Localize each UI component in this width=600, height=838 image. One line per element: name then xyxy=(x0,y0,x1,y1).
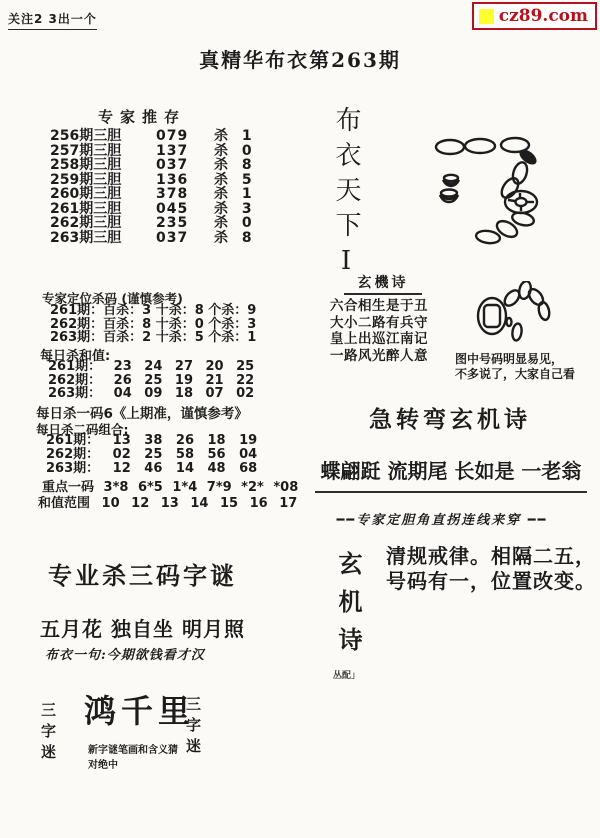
poem-line: 号码有一，位置改变。 xyxy=(386,569,596,594)
three-char-label-right: 三字迷 xyxy=(183,696,204,759)
watermark-text: cz89.com xyxy=(499,6,588,26)
page-title: 真精华布衣第263期 xyxy=(0,44,600,73)
list-item: 263期： 12 46 14 48 68 xyxy=(46,462,257,476)
signature-mark: 丛配」 xyxy=(333,668,360,681)
three-char-note-1: 新字谜笔画和含义猜 xyxy=(88,741,178,756)
kill-cell: 杀 1 xyxy=(214,187,252,202)
watermark-link[interactable]: cz89.com xyxy=(472,2,597,30)
code-cell: 037 xyxy=(156,231,214,246)
poem-line: 大小二路有兵守 xyxy=(330,315,436,332)
riddle-title: 专业杀三码字谜 xyxy=(0,556,285,591)
table-row: 259期三胆 136 杀 5 xyxy=(50,173,252,188)
list-item: 262期：百杀：8 十杀：0 个杀：3 xyxy=(50,318,256,332)
three-char-label-left: 三字迷 xyxy=(38,702,59,765)
poem-line: 清规戒律。相隔二五， xyxy=(386,544,596,569)
poem-caption: 图中号码明显易见， 不多说了，大家自己看 xyxy=(455,352,575,382)
kill-cell: 杀 0 xyxy=(214,216,252,231)
table-row: 257期三胆 137 杀 0 xyxy=(50,144,252,159)
sum-range-line: 和值范围 10 12 13 14 15 16 17 xyxy=(38,492,297,511)
kill-cell: 杀 8 xyxy=(214,231,252,246)
sharp-turn-riddle: 蝶翩跹 流期尾 长如是 一老翁 xyxy=(315,455,587,493)
issue-cell: 257期三胆 xyxy=(50,144,156,159)
mystic-poem-title: 玄機诗 xyxy=(344,272,422,295)
yellow-square-icon xyxy=(479,9,494,24)
expert-recommend-title: 专家推存 xyxy=(98,106,186,127)
chain-links-coin-sketch xyxy=(424,130,574,250)
issue-cell: 261期三胆 xyxy=(50,202,156,217)
buyi-tianxia-banner: 布衣天下Ⅰ xyxy=(328,106,365,285)
list-item: 261期：百杀：3 十杀：8 个杀：9 xyxy=(50,304,256,318)
poem-line: 皇上出巡江南记 xyxy=(330,331,436,348)
table-row: 258期三胆 037 杀 8 xyxy=(50,158,252,173)
three-char-word: 鸿千里 xyxy=(84,686,195,732)
code-cell: 137 xyxy=(156,144,214,159)
caption-line: 不多说了，大家自己看 xyxy=(455,367,575,382)
xuanji-side-label: 玄机诗 xyxy=(331,551,366,665)
issue-cell: 262期三胆 xyxy=(50,216,156,231)
code-cell: 037 xyxy=(156,158,214,173)
code-cell: 136 xyxy=(156,173,214,188)
kill-two-rows: 261期： 13 38 26 18 19 262期： 02 25 58 56 0… xyxy=(46,434,257,476)
xuanji-poem: 清规戒律。相隔二五， 号码有一，位置改变。 xyxy=(386,544,596,594)
buyi-sentence: 布衣一句:今期欲钱看才汉 xyxy=(45,644,205,663)
poem-line: 六合相生是于丑 xyxy=(330,298,436,315)
top-attention-note: 关注2 3出一个 xyxy=(8,10,97,30)
kill-one-line: 每日杀一码6《上期准，谨慎参考》 xyxy=(36,402,248,422)
table-row: 256期三胆 079 杀 1 xyxy=(50,129,252,144)
kill-cell: 杀 5 xyxy=(214,173,252,188)
list-item: 262期： 02 25 58 56 04 xyxy=(46,448,257,462)
kill-cell: 杀 1 xyxy=(214,129,252,144)
riddle-line: 五月花 独自坐 明月照 xyxy=(0,613,285,642)
kill-sum-rows: 261期： 23 24 27 20 25 262期： 26 25 19 21 2… xyxy=(48,360,254,401)
code-cell: 045 xyxy=(156,202,214,217)
three-char-note-2: 对绝中 xyxy=(88,756,118,771)
mystic-poem-box: 玄機诗 六合相生是于丑 大小二路有兵守 皇上出巡江南记 一路风光醉人意 xyxy=(330,272,436,364)
table-row: 261期三胆 045 杀 3 xyxy=(50,202,252,217)
sharp-turn-title: 急转弯玄机诗 xyxy=(338,401,562,434)
code-cell: 378 xyxy=(156,187,214,202)
table-row: 263期三胆 037 杀 8 xyxy=(50,231,252,246)
lottery-sheet-page: 关注2 3出一个 cz89.com 真精华布衣第263期 专家推存 256期三胆… xyxy=(0,0,600,838)
kill-cell: 杀 0 xyxy=(214,144,252,159)
poem-line: 一路风光醉人意 xyxy=(330,348,436,365)
list-item: 261期： 23 24 27 20 25 xyxy=(48,360,254,374)
table-row: 262期三胆 235 杀 0 xyxy=(50,216,252,231)
code-cell: 079 xyxy=(156,129,214,144)
list-item: 263期： 04 09 18 07 02 xyxy=(48,387,254,401)
coin-with-links-sketch xyxy=(470,281,558,351)
kill-cell: 杀 3 xyxy=(214,202,252,217)
list-item: 262期： 26 25 19 21 22 xyxy=(48,374,254,388)
list-item: 263期：百杀：2 十杀：5 个杀：1 xyxy=(50,331,256,345)
expert-recommend-table: 256期三胆 079 杀 1 257期三胆 137 杀 0 258期三胆 037… xyxy=(50,129,252,245)
code-cell: 235 xyxy=(156,216,214,231)
caption-line: 图中号码明显易见， xyxy=(455,352,575,367)
issue-cell: 260期三胆 xyxy=(50,187,156,202)
kill-cell: 杀 8 xyxy=(214,158,252,173)
issue-cell: 258期三胆 xyxy=(50,158,156,173)
table-row: 260期三胆 378 杀 1 xyxy=(50,187,252,202)
issue-cell: 256期三胆 xyxy=(50,129,156,144)
issue-cell: 263期三胆 xyxy=(50,231,156,246)
issue-cell: 259期三胆 xyxy=(50,173,156,188)
expert-divider-line: ━━专家定胆角直拐连线来穿 ━━ xyxy=(322,509,562,528)
list-item: 261期： 13 38 26 18 19 xyxy=(46,434,257,448)
kill-position-rows: 261期：百杀：3 十杀：8 个杀：9 262期：百杀：8 十杀：0 个杀：3 … xyxy=(50,304,256,345)
